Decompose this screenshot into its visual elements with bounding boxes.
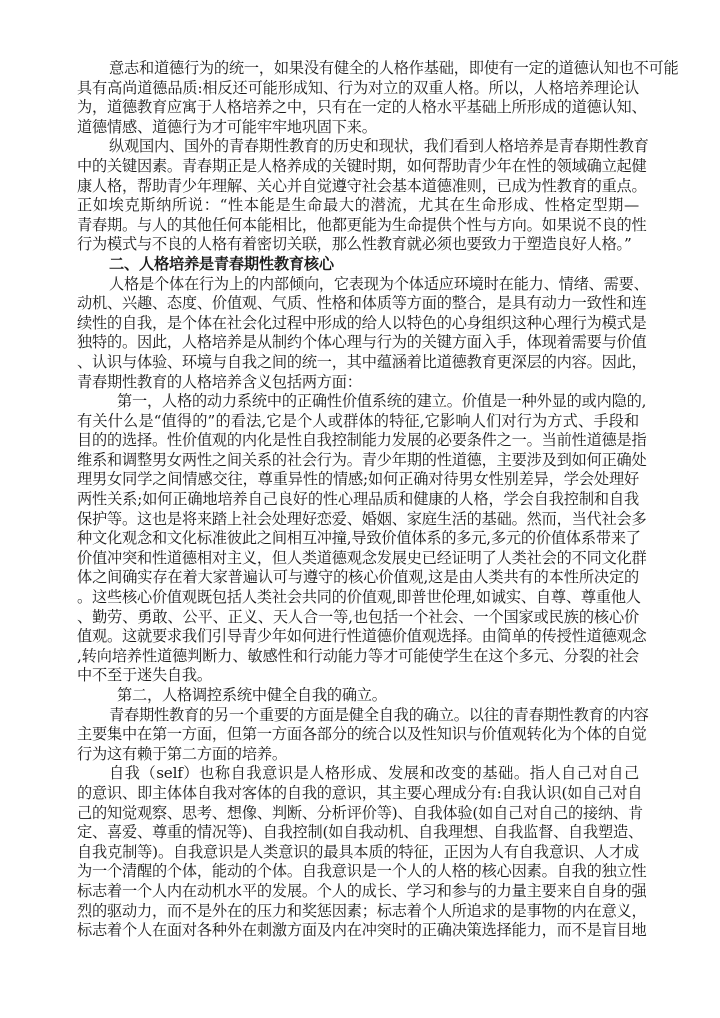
text-line: 青春期性教育的另一个重要的方面是健全自我的确立。以往的青春期性教育的内容 <box>77 706 639 726</box>
text-line: 青春期。与人的其他任何本能相比，他都更能为生命提供个性与方向。如果说不良的性 <box>77 216 639 236</box>
text-line: 有关什么是“值得的”的看法,它是个人或群体的特征,它影响人们对行为方式、手段和 <box>77 412 639 432</box>
text-line: 己的知觉观察、思考、想像、判断、分析评价等)、自我体验(如自己对自己的接纳、肯 <box>77 804 639 824</box>
text-line: 续性的自我，是个体在社会化过程中形成的给人以特色的心身组织这种心理行为模式是 <box>77 314 639 334</box>
text-line: 标志着个人在面对各种外在刺激方面及内在冲突时的正确决策选择能力，而不是盲目地 <box>77 921 639 941</box>
text-line: 独特的。因此，人格培养是从制约个体心理与行为的关键方面入手，体现着需要与价值 <box>77 333 639 353</box>
text-line: 道德情感、道德行为才可能牢牢地巩固下来。 <box>77 118 639 138</box>
text-line: 纵观国内、国外的青春期性教育的历史和现状，我们看到人格培养是青春期性教育 <box>77 137 639 157</box>
paragraph: 第一，人格的动力系统中的正确性价值系统的建立。价值是一种外显的或内隐的,有关什么… <box>77 392 639 686</box>
text-line: 第二，人格调控系统中健全自我的确立。 <box>77 686 639 706</box>
text-line: 为，道德教育应寓于人格培养之中，只有在一定的人格水平基础上所形成的道德认知、 <box>77 98 639 118</box>
text-line: 中的关键因素。青春期正是人格养成的关键时期，如何帮助青少年在性的领域确立起健 <box>77 157 639 177</box>
paragraph: 意志和道德行为的统一，如果没有健全的人格作基础，即使有一定的道德认知也不可能具有… <box>77 59 639 137</box>
text-line: 保护等。这也是将来踏上社会处理好恋爱、婚姻、家庭生活的基础。然而，当代社会多 <box>77 510 639 530</box>
paragraph: 自我（self）也称自我意识是人格形成、发展和改变的基础。指人自己对自己的意识、… <box>77 764 639 940</box>
text-line: 的意识、即主体体自我对客体的自我的意识，其主要心理成分有:自我认识(如自己对自 <box>77 784 639 804</box>
text-line: 自我克制等)。自我意识是人类意识的最具本质的特征，正因为人有自我意识、人才成 <box>77 843 639 863</box>
paragraph: 纵观国内、国外的青春期性教育的历史和现状，我们看到人格培养是青春期性教育中的关键… <box>77 137 639 255</box>
text-line: 具有高尚道德品质:相反还可能形成知、行为对立的双重人格。所以，人格培养理论认 <box>77 79 639 99</box>
text-line: 主要集中在第一方面，但第一方面各部分的统合以及性知识与价值观转化为个体的自觉 <box>77 725 639 745</box>
section-heading: 二、人格培养是青春期性教育核心 <box>77 255 639 275</box>
text-line: 两性关系;如何正确地培养自己良好的性心理品质和健康的人格，学会自我控制和自我 <box>77 490 639 510</box>
paragraph: 人格是个体在行为上的内部倾向，它表现为个体适应环境时在能力、情绪、需要、动机、兴… <box>77 275 639 393</box>
text-line: 动机、兴趣、态度、价值观、气质、性格和体质等方面的整合，是具有动力一致性和连 <box>77 294 639 314</box>
text-line: 正如埃克斯纳所说：“性本能是生命最大的潜流，尤其在生命形成、性格定型期— <box>77 196 639 216</box>
text-line: ,转向培养性道德判断力、敏感性和行动能力等才可能使学生在这个多元、分裂的社会 <box>77 647 639 667</box>
text-line: 康人格，帮助青少年理解、关心并自觉遵守社会基本道德准则，已成为性教育的重点。 <box>77 177 639 197</box>
text-line: 维系和调整男女两性之间关系的社会行为。青少年期的性道德，主要涉及到如何正确处 <box>77 451 639 471</box>
text-line: 中不至于迷失自我。 <box>77 666 639 686</box>
text-line: 青春期性教育的人格培养含义包括两方面： <box>77 373 639 393</box>
text-line: 目的的选择。性价值观的内化是性自我控制能力发展的必要条件之一。当前性道德是指 <box>77 431 639 451</box>
paragraph: 第二，人格调控系统中健全自我的确立。 <box>77 686 639 706</box>
text-line: 理男女同学之间情感交往，尊重异性的情感;如何正确对待男女性别差异，学会处理好 <box>77 470 639 490</box>
text-line: 意志和道德行为的统一，如果没有健全的人格作基础，即使有一定的道德认知也不可能 <box>77 59 639 79</box>
text-line: 为一个清醒的个体，能动的个体。自我意识是一个人的人格的核心因素。自我的独立性 <box>77 862 639 882</box>
text-line: 、认识与体验、环境与自我之间的统一，其中蕴涵着比道德教育更深层的内容。因此， <box>77 353 639 373</box>
text-line: 种文化观念和文化标准彼此之间相互冲撞,导致价值体系的多元,多元的价值体系带来了 <box>77 529 639 549</box>
paragraph: 青春期性教育的另一个重要的方面是健全自我的确立。以往的青春期性教育的内容主要集中… <box>77 706 639 765</box>
heading-text: 二、人格培养是青春期性教育核心 <box>77 255 639 275</box>
text-line: 行为模式与不良的人格有着密切关联，那么性教育就必须也要致力于塑造良好人格。” <box>77 235 639 255</box>
text-line: 值观。这就要求我们引导青少年如何进行性道德价值观选择。由简单的传授性道德观念 <box>77 627 639 647</box>
text-line: 体之间确实存在着大家普遍认可与遵守的核心价值观,这是由人类共有的本性所决定的 <box>77 568 639 588</box>
document-page: 意志和道德行为的统一，如果没有健全的人格作基础，即使有一定的道德认知也不可能具有… <box>77 59 639 941</box>
text-line: 价值冲突和性道德相对主义，但人类道德观念发展史已经证明了人类社会的不同文化群 <box>77 549 639 569</box>
text-line: 标志着一个人内在动机水平的发展。个人的成长、学习和参与的力量主要来自自身的强 <box>77 882 639 902</box>
text-line: 第一，人格的动力系统中的正确性价值系统的建立。价值是一种外显的或内隐的, <box>77 392 639 412</box>
text-line: 自我（self）也称自我意识是人格形成、发展和改变的基础。指人自己对自己 <box>77 764 639 784</box>
text-line: 烈的驱动力，而不是外在的压力和奖惩因素；标志着个人所追求的是事物的内在意义， <box>77 902 639 922</box>
text-line: 定、喜爱、尊重的情况等)、自我控制(如自我动机、自我理想、自我监督、自我塑造、 <box>77 823 639 843</box>
text-line: 行为这有赖于第二方面的培养。 <box>77 745 639 765</box>
text-line: 人格是个体在行为上的内部倾向，它表现为个体适应环境时在能力、情绪、需要、 <box>77 275 639 295</box>
text-line: 。这些核心价值观既包括人类社会共同的价值观,即普世伦理,如诚实、自尊、尊重他人 <box>77 588 639 608</box>
text-line: 、勤劳、勇敢、公平、正义、天人合一等,也包括一个社会、一个国家或民族的核心价 <box>77 608 639 628</box>
